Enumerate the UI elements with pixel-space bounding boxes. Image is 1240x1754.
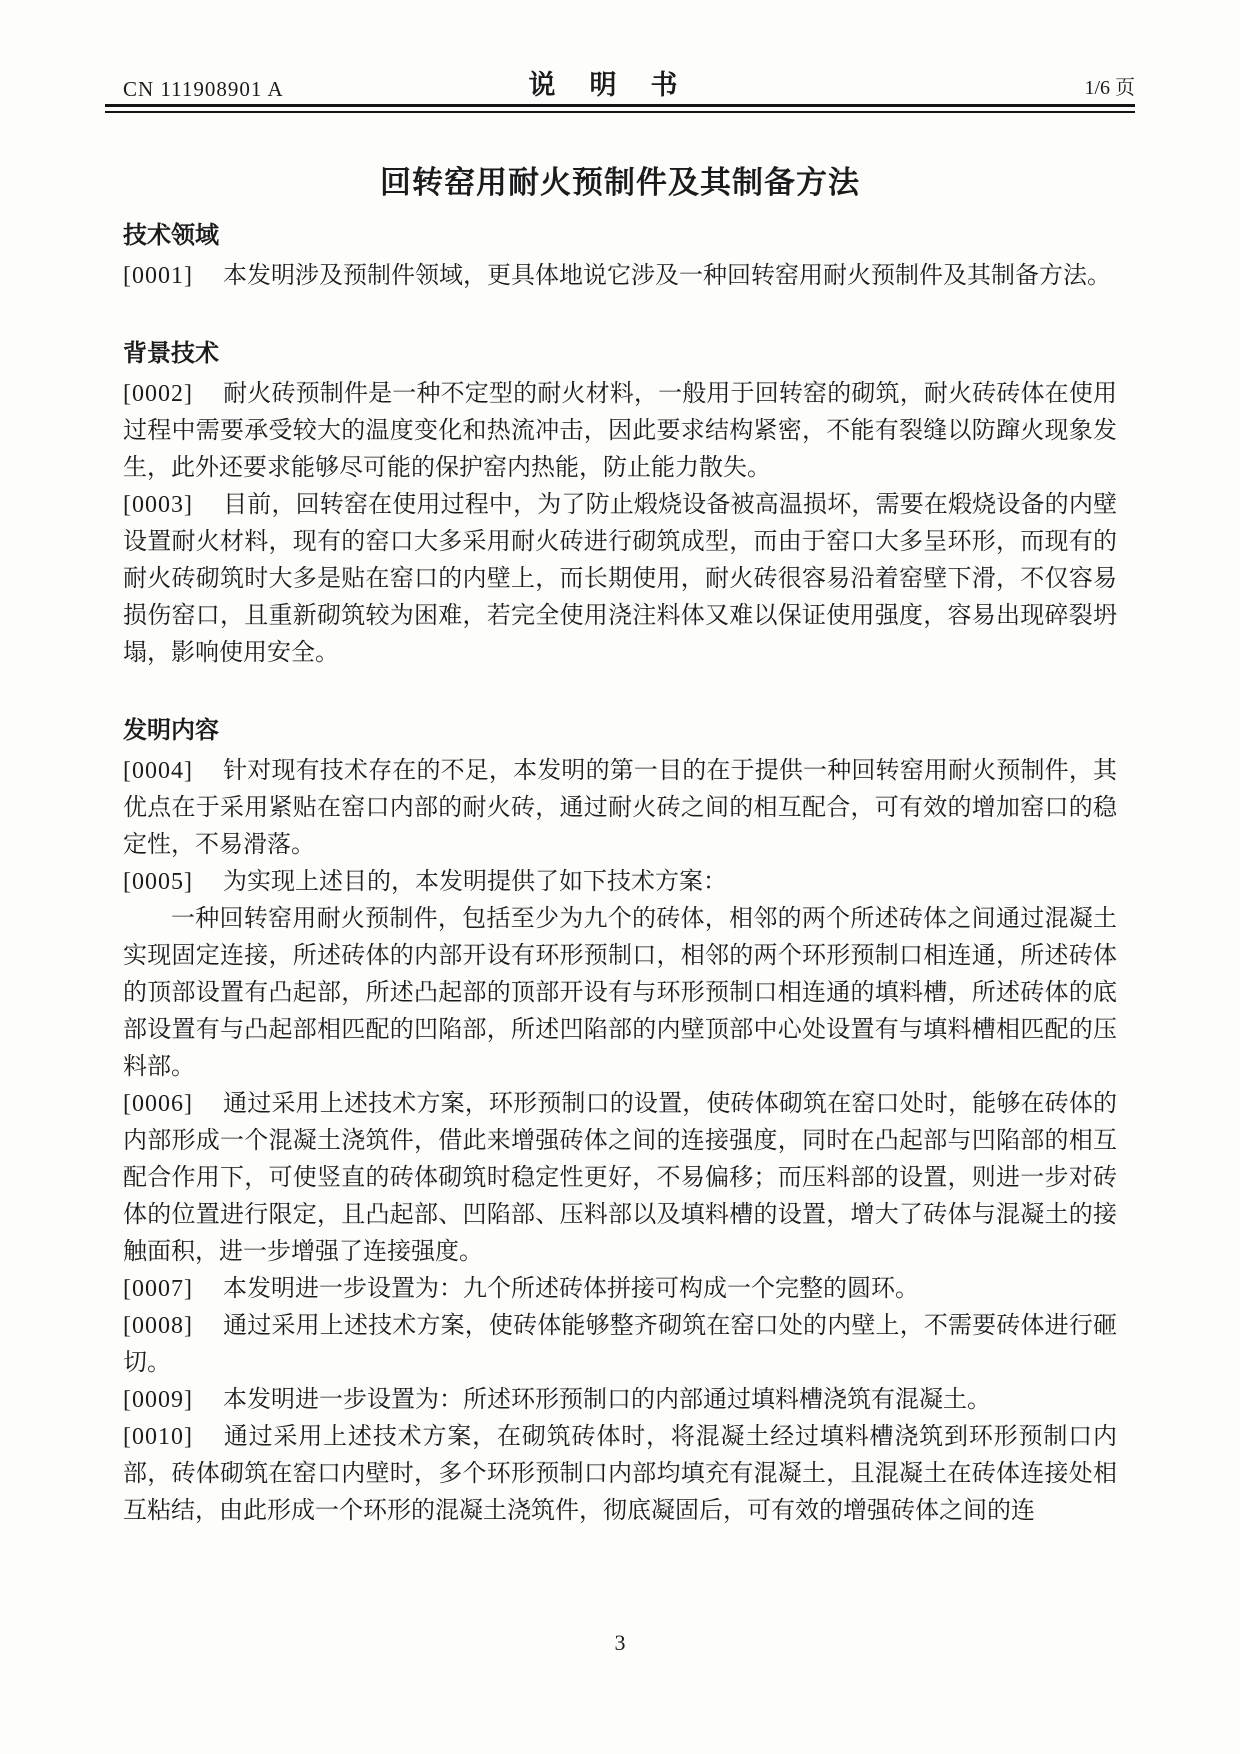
section: 背景技术 [0002]耐火砖预制件是一种不定型的耐火材料，一般用于回转窑的砌筑，… <box>123 335 1117 672</box>
paragraph: [0001]本发明涉及预制件领域，更具体地说它涉及一种回转窑用耐火预制件及其制备… <box>123 258 1117 295</box>
paragraph-text: 通过采用上述技术方案，环形预制口的设置，使砖体砌筑在窑口处时，能够在砖体的内部形… <box>123 1091 1117 1265</box>
paragraph-number: [0009] <box>123 1387 193 1413</box>
paragraph-number: [0005] <box>123 869 193 895</box>
paragraph-text: 目前，回转窑在使用过程中，为了防止煅烧设备被高温损坏，需要在煅烧设备的内壁设置耐… <box>123 492 1117 666</box>
document-type-label: 说明书 <box>529 63 712 102</box>
paragraph: [0008]通过采用上述技术方案，使砖体能够整齐砌筑在窑口处的内壁上，不需要砖体… <box>123 1308 1117 1382</box>
document-number: CN 111908901 A <box>123 77 284 102</box>
paragraph: [0003]目前，回转窑在使用过程中，为了防止煅烧设备被高温损坏，需要在煅烧设备… <box>123 487 1117 672</box>
paragraph-text: 通过采用上述技术方案，使砖体能够整齐砌筑在窑口处的内壁上，不需要砖体进行砸切。 <box>123 1313 1117 1376</box>
paragraph: [0009]本发明进一步设置为：所述环形预制口的内部通过填料槽浇筑有混凝土。 <box>123 1382 1117 1419</box>
patent-title: 回转窑用耐火预制件及其制备方法 <box>0 157 1240 202</box>
paragraph-text: 针对现有技术存在的不足，本发明的第一目的在于提供一种回转窑用耐火预制件，其优点在… <box>123 758 1117 858</box>
paragraph: [0007]本发明进一步设置为：九个所述砖体拼接可构成一个完整的圆环。 <box>123 1271 1117 1308</box>
page-indicator: 1/6 页 <box>1084 71 1135 100</box>
paragraph-number: [0010] <box>123 1424 193 1450</box>
section-paragraphs: [0004]针对现有技术存在的不足，本发明的第一目的在于提供一种回转窑用耐火预制… <box>123 753 1117 1530</box>
paragraph-number: [0007] <box>123 1276 193 1302</box>
footer-page-number: 3 <box>0 1630 1240 1656</box>
paragraph-number: [0004] <box>123 758 193 784</box>
paragraph: [0002]耐火砖预制件是一种不定型的耐火材料，一般用于回转窑的砌筑，耐火砖砖体… <box>123 376 1117 487</box>
section: 发明内容 [0004]针对现有技术存在的不足，本发明的第一目的在于提供一种回转窑… <box>123 712 1117 1530</box>
paragraph: [0005]为实现上述目的，本发明提供了如下技术方案： <box>123 864 1117 901</box>
paragraph-text: 一种回转窑用耐火预制件，包括至少为九个的砖体，相邻的两个所述砖体之间通过混凝土实… <box>123 906 1117 1080</box>
paragraph: 一种回转窑用耐火预制件，包括至少为九个的砖体，相邻的两个所述砖体之间通过混凝土实… <box>123 901 1117 1086</box>
paragraph-text: 通过采用上述技术方案，在砌筑砖体时，将混凝土经过填料槽浇筑到环形预制口内部，砖体… <box>123 1424 1117 1524</box>
section-heading: 背景技术 <box>123 335 1117 372</box>
paragraph-number: [0008] <box>123 1313 193 1339</box>
paragraph: [0010]通过采用上述技术方案，在砌筑砖体时，将混凝土经过填料槽浇筑到环形预制… <box>123 1419 1117 1530</box>
paragraph-number: [0003] <box>123 492 193 518</box>
section-paragraphs: [0002]耐火砖预制件是一种不定型的耐火材料，一般用于回转窑的砌筑，耐火砖砖体… <box>123 376 1117 672</box>
paragraph-number: [0001] <box>123 263 193 289</box>
paragraph-text: 本发明进一步设置为：所述环形预制口的内部通过填料槽浇筑有混凝土。 <box>223 1387 991 1413</box>
section-heading: 技术领域 <box>123 217 1117 254</box>
section-paragraphs: [0001]本发明涉及预制件领域，更具体地说它涉及一种回转窑用耐火预制件及其制备… <box>123 258 1117 295</box>
paragraph-text: 耐火砖预制件是一种不定型的耐火材料，一般用于回转窑的砌筑，耐火砖砖体在使用过程中… <box>123 381 1117 481</box>
patent-page: CN 111908901 A 说明书 1/6 页 回转窑用耐火预制件及其制备方法… <box>0 0 1240 1754</box>
paragraph-text: 为实现上述目的，本发明提供了如下技术方案： <box>223 869 727 895</box>
header-divider <box>105 104 1135 113</box>
paragraph-number: [0002] <box>123 381 193 407</box>
paragraph: [0006]通过采用上述技术方案，环形预制口的设置，使砖体砌筑在窑口处时，能够在… <box>123 1086 1117 1271</box>
page-header: CN 111908901 A 说明书 1/6 页 <box>105 68 1135 102</box>
paragraph-text: 本发明进一步设置为：九个所述砖体拼接可构成一个完整的圆环。 <box>223 1276 919 1302</box>
paragraph-text: 本发明涉及预制件领域，更具体地说它涉及一种回转窑用耐火预制件及其制备方法。 <box>223 263 1111 289</box>
paragraph-number: [0006] <box>123 1091 193 1117</box>
paragraph: [0004]针对现有技术存在的不足，本发明的第一目的在于提供一种回转窑用耐火预制… <box>123 753 1117 864</box>
section-heading: 发明内容 <box>123 712 1117 749</box>
section: 技术领域 [0001]本发明涉及预制件领域，更具体地说它涉及一种回转窑用耐火预制… <box>123 217 1117 295</box>
sections: 技术领域 [0001]本发明涉及预制件领域，更具体地说它涉及一种回转窑用耐火预制… <box>123 207 1117 1530</box>
